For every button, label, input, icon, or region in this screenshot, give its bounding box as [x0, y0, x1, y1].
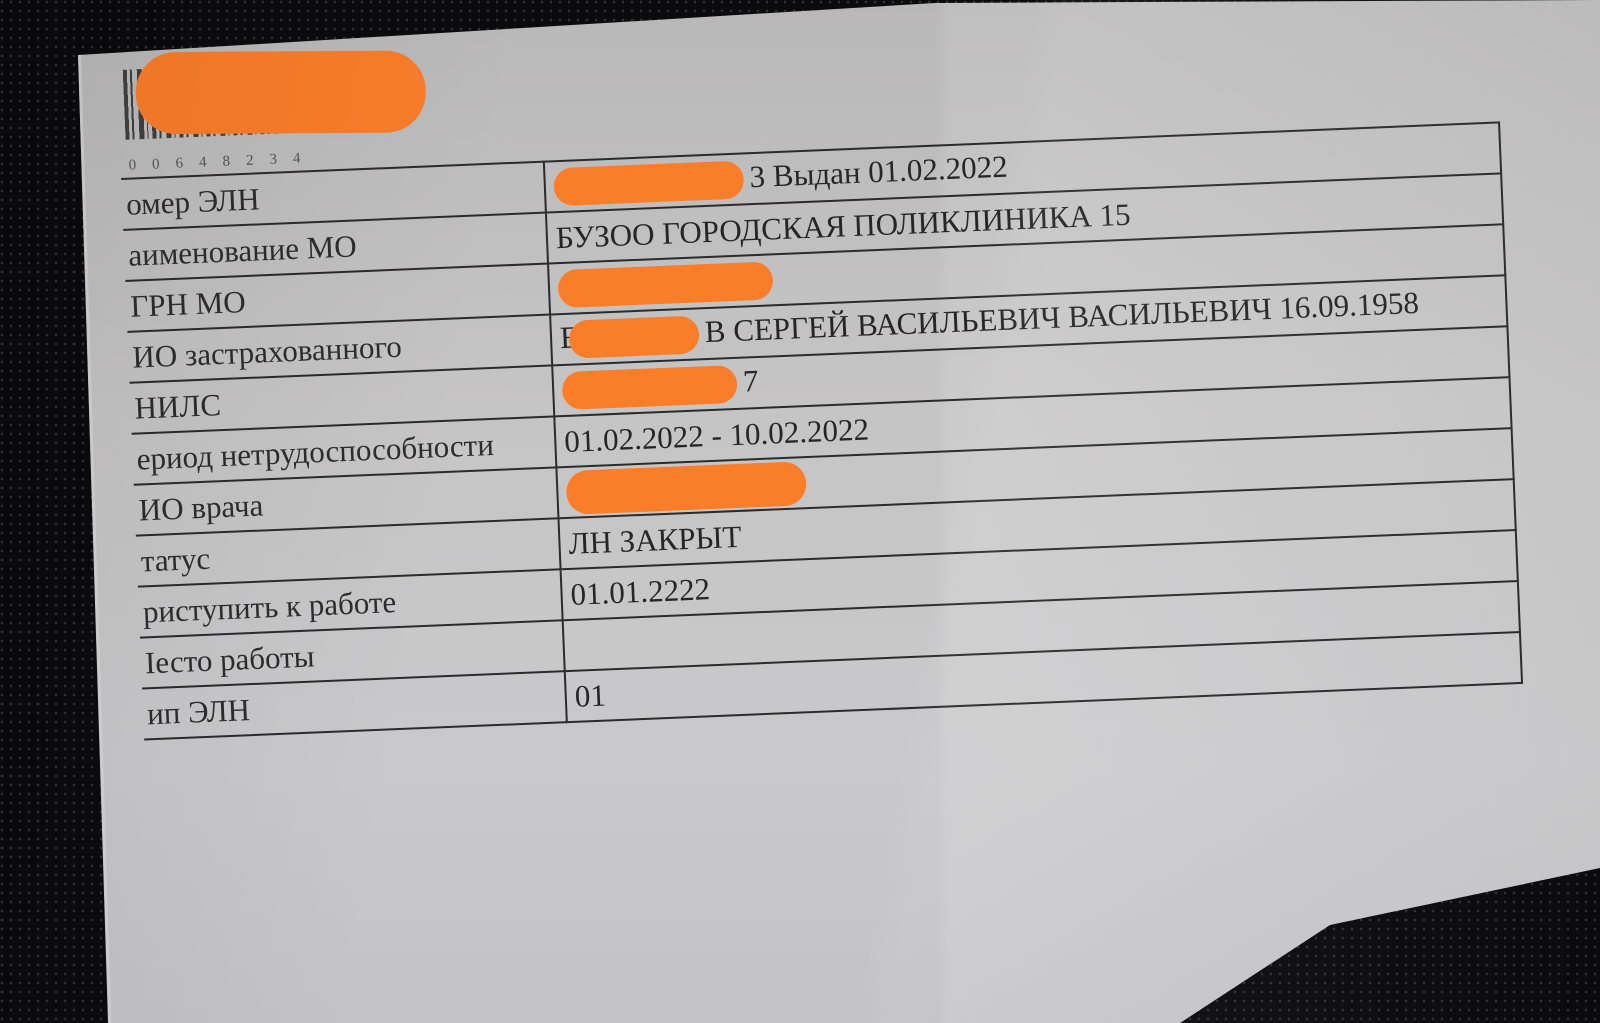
redaction [553, 161, 744, 207]
redaction [561, 365, 737, 410]
redaction [568, 316, 699, 359]
redaction [566, 461, 808, 515]
barcode-redaction [136, 50, 426, 134]
redaction [557, 262, 773, 309]
photo-scene: 0 0 6 4 8 2 3 4 омер ЭЛН 3 Выдан 01.02.2… [0, 0, 1600, 1023]
eln-table: омер ЭЛН 3 Выдан 01.02.2022 аименование … [121, 121, 1523, 740]
